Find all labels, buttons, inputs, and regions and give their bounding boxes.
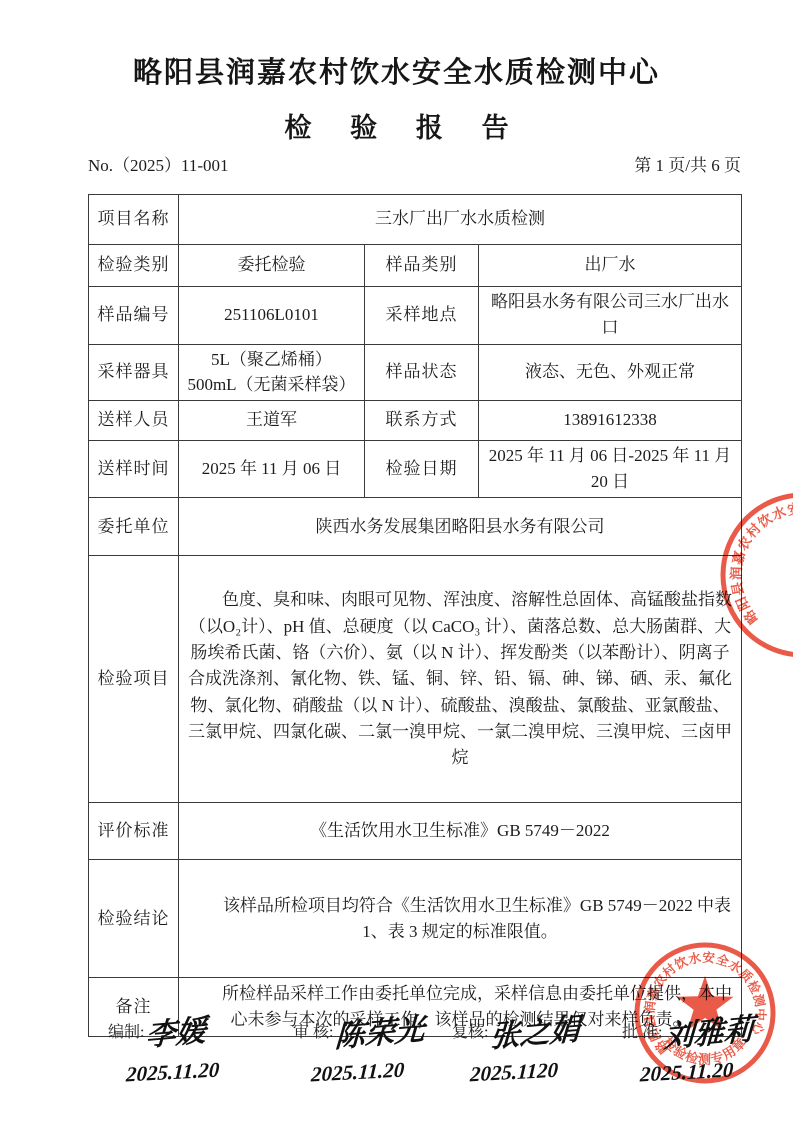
reviewed-label: 审 核: <box>293 1019 333 1042</box>
rechecked-date: 2025.1120 <box>469 1058 558 1088</box>
meta-row: No.（2025）11-001 第 1 页/共 6 页 <box>88 151 741 176</box>
value-sample-no: 251106L0101 <box>179 287 365 345</box>
prepared-label: 编制: <box>108 1019 144 1042</box>
center-name: 略阳县润嘉农村饮水安全水质检测中心 <box>0 50 793 91</box>
value-inspection-items: 色度、臭和味、肉眼可见物、浑浊度、溶解性总固体、高锰酸盐指数（以O₂计）、pH … <box>179 556 742 803</box>
label-inspection-type: 检验类别 <box>89 245 179 287</box>
value-inspection-type: 委托检验 <box>179 245 365 287</box>
edge-seal-text: 略阳县润嘉农村饮水安全水质检测中心 <box>729 500 793 627</box>
approved-date: 2025.11.20 <box>639 1058 734 1088</box>
label-project-name: 项目名称 <box>89 195 179 245</box>
label-inspection-items: 检验项目 <box>89 556 179 803</box>
label-contact: 联系方式 <box>365 400 479 440</box>
value-inspection-date: 2025 年 11 月 06 日-2025 年 11 月 20 日 <box>479 440 742 498</box>
approved-label: 批 准: <box>622 1019 662 1042</box>
report-title: 检 验 报 告 <box>0 106 793 145</box>
signature-prepared: 编制: 李媛 2025.11.20 <box>108 1008 219 1085</box>
value-client: 陕西水务发展集团略阳县水务有限公司 <box>179 498 742 556</box>
signature-rechecked: 复核: 张之娟 2025.1120 <box>452 1008 580 1085</box>
report-table: 项目名称 三水厂出厂水水质检测 检验类别 委托检验 样品类别 出厂水 样品编号 … <box>88 194 742 1037</box>
rechecked-label: 复核: <box>452 1019 488 1042</box>
value-sampling-tools: 5L（聚乙烯桶） 500mL（无菌采样袋） <box>179 344 365 400</box>
signature-approved: 批 准: 刘雅莉 2025.11.20 <box>622 1008 754 1085</box>
value-evaluation-standard: 《生活饮用水卫生标准》GB 5749－2022 <box>179 803 742 860</box>
value-sample-sender: 王道军 <box>179 400 365 440</box>
label-inspection-date: 检验日期 <box>365 440 479 498</box>
label-sample-no: 样品编号 <box>89 287 179 345</box>
sampling-tool-line1: 5L（聚乙烯桶） <box>187 347 356 373</box>
signature-reviewed: 审 核: 陈荣光 2025.11.20 <box>293 1008 425 1085</box>
reviewed-date: 2025.11.20 <box>310 1058 405 1088</box>
label-sampling-location: 采样地点 <box>365 287 479 345</box>
label-conclusion: 检验结论 <box>89 860 179 978</box>
label-sample-sender: 送样人员 <box>89 400 179 440</box>
prepared-signature: 李媛 <box>145 1005 207 1055</box>
value-project-name: 三水厂出厂水水质检测 <box>179 195 742 245</box>
label-sampling-tools: 采样器具 <box>89 344 179 400</box>
label-sending-time: 送样时间 <box>89 440 179 498</box>
value-contact: 13891612338 <box>479 400 742 440</box>
rechecked-signature: 张之娟 <box>489 1004 581 1056</box>
prepared-date: 2025.11.20 <box>125 1058 220 1088</box>
value-sample-status: 液态、无色、外观正常 <box>479 344 742 400</box>
edge-seal-stamp: 略阳县润嘉农村饮水安全水质检测中心 <box>713 460 793 690</box>
value-sample-category: 出厂水 <box>479 245 742 287</box>
label-client: 委托单位 <box>89 498 179 556</box>
label-sample-status: 样品状态 <box>365 344 479 400</box>
report-number: No.（2025）11-001 <box>88 151 229 176</box>
reviewed-signature: 陈荣光 <box>334 1004 426 1056</box>
page-indicator: 第 1 页/共 6 页 <box>634 151 741 176</box>
sampling-tool-line2: 500mL（无菌采样袋） <box>187 372 356 398</box>
value-sending-time: 2025 年 11 月 06 日 <box>179 440 365 498</box>
label-sample-category: 样品类别 <box>365 245 479 287</box>
report-page: 略阳县润嘉农村饮水安全水质检测中心 检 验 报 告 No.（2025）11-00… <box>0 0 793 1121</box>
value-sampling-location: 略阳县水务有限公司三水厂出水口 <box>479 287 742 345</box>
approved-signature: 刘雅莉 <box>663 1004 755 1056</box>
label-evaluation-standard: 评价标准 <box>89 803 179 860</box>
